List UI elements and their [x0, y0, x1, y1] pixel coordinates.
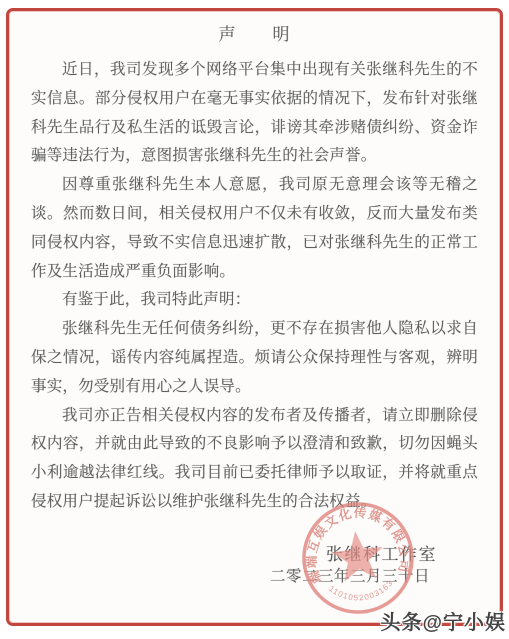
- signature-studio-name: 张继科工作室: [326, 540, 437, 565]
- statement-body: 声 明 近日，我司发现多个网络平台集中出现有关张继科先生的不实信息。部分侵权用户…: [9, 11, 500, 517]
- statement-paragraph-3: 有鉴于此，我司特此声明：: [31, 286, 478, 315]
- statement-card: 声 明 近日，我司发现多个网络平台集中出现有关张继科先生的不实信息。部分侵权用户…: [6, 8, 503, 626]
- statement-photo: { "document": { "title": "声 明", "paragra…: [0, 0, 509, 639]
- statement-date: 二零二三年三月三十日: [270, 564, 430, 586]
- statement-title: 声 明: [31, 20, 478, 45]
- statement-paragraph-2: 因尊重张继科先生本人意愿，我司原无意理会该等无稽之谈。然而数日间，相关侵权用户不…: [31, 171, 478, 286]
- statement-paragraph-5: 我司亦正告相关侵权内容的发布者及传播者，请立即删除侵权内容，并就由此导致的不良影…: [31, 402, 478, 517]
- watermark-toutiao-author: 头条@宁小娱: [380, 606, 506, 635]
- statement-paragraph-4: 张继科先生无任何债务纠纷，更不存在损害他人隐私以求自保之情况，谣传内容纯属捏造。…: [31, 315, 478, 401]
- statement-paragraph-1: 近日，我司发现多个网络平台集中出现有关张继科先生的不实信息。部分侵权用户在毫无事…: [31, 56, 478, 171]
